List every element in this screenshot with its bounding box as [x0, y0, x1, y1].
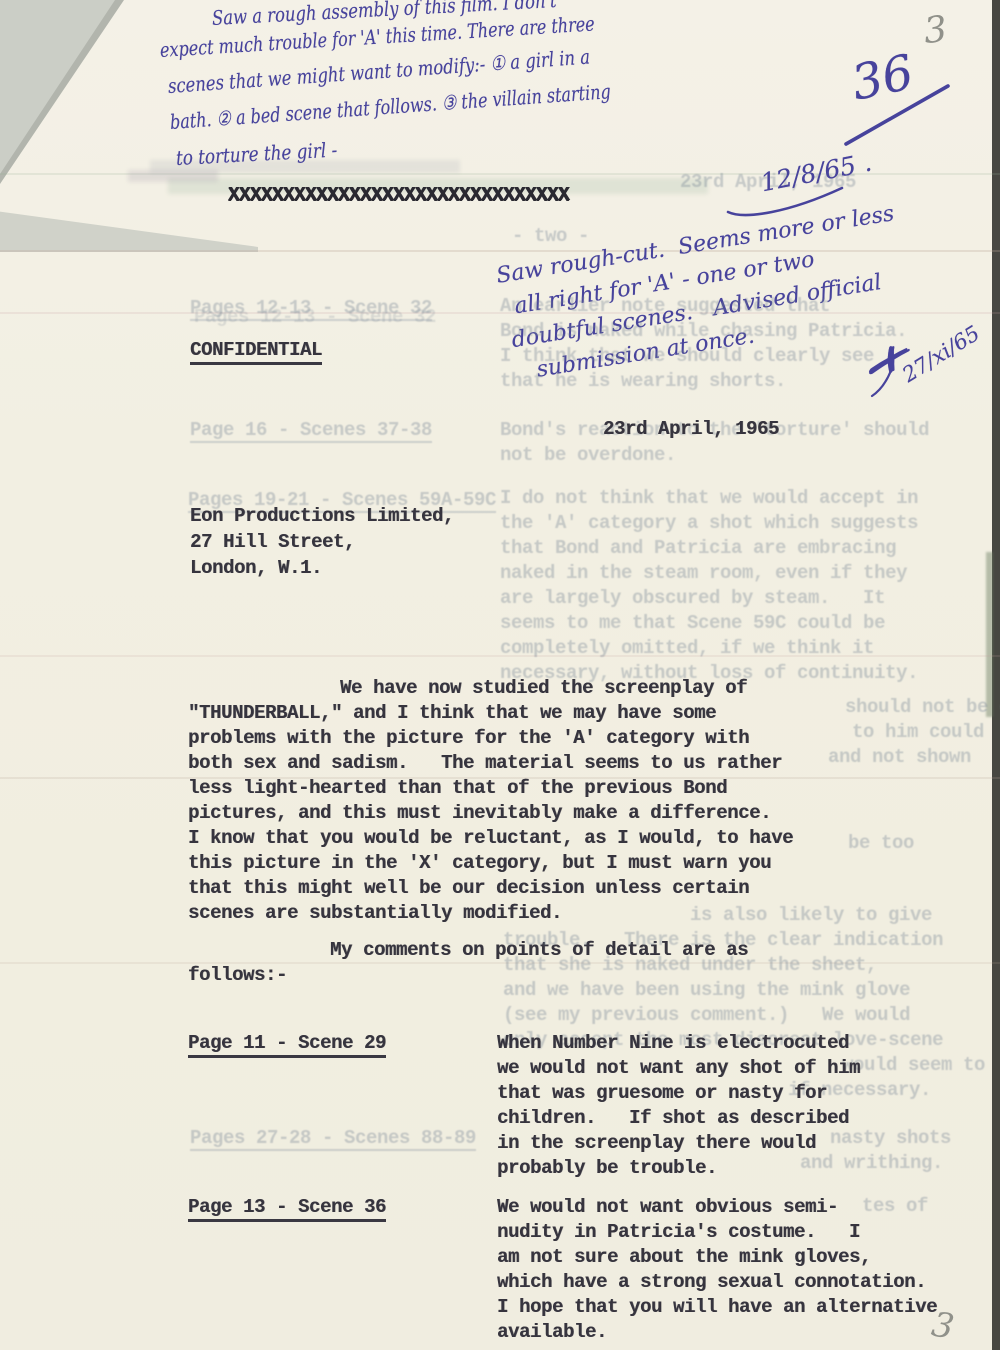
section-heading: Page 11 - Scene 29: [188, 1031, 386, 1056]
bleed-line: the 'A' category a shot which suggests: [500, 511, 918, 536]
bleed-line: trouble. There is the clear indication: [503, 928, 943, 953]
confidential-text: CONFIDENTIAL: [190, 339, 322, 365]
body-line: "THUNDERBALL," and I think that we may h…: [188, 701, 716, 726]
comments-intro-line: follows:-: [188, 963, 287, 988]
page-number-ink: 36: [847, 44, 918, 111]
bleed-heading-echo: Pages 12-13 - Scene 32: [194, 305, 436, 330]
bleed-line: I think that we should clearly see: [500, 344, 874, 369]
bleed-heading: Pages 27-28 - Scenes 88-89: [190, 1126, 476, 1151]
bleed-line: Bond is naked while chasing Patricia.: [500, 319, 907, 344]
bleed-line: are largely obscured by steam. It: [500, 586, 885, 611]
bleed-line: completely omitted, if we think it: [500, 636, 874, 661]
body-line: this picture in the 'X' category, but I …: [188, 851, 771, 876]
bleed-line: that she is naked under the sheet,: [503, 953, 877, 978]
bleed-heading-text: Page 16 - Scenes 37-38: [190, 419, 432, 443]
bleed-line: I do not think that we would accept in: [500, 486, 918, 511]
bleed-fragment: tes of: [862, 1194, 928, 1219]
section-body-line: I hope that you will have an alternative: [497, 1295, 937, 1320]
bleed-line: naked in the steam room, even if they: [500, 561, 907, 586]
section-body-line: children. If shot as described: [497, 1106, 849, 1131]
section-heading-text: Page 11 - Scene 29: [188, 1032, 386, 1058]
section-body-line: which have a strong sexual connotation.: [497, 1270, 926, 1295]
page-edge-wedge: [0, 210, 258, 252]
section-heading: Page 13 - Scene 36: [188, 1195, 386, 1220]
body-line: that this might well be our decision unl…: [188, 876, 749, 901]
bleed-line: (see my previous comment.) We would: [503, 1003, 910, 1028]
fold-corner: [0, 0, 115, 174]
body-line: both sex and sadism. The material seems …: [188, 751, 782, 776]
bleed-line: is also likely to give: [690, 903, 932, 928]
section-body-line: We would not want obvious semi-: [497, 1195, 838, 1220]
bleed-fragment: should not be overdone;: [845, 695, 1000, 720]
section-body-line: in the screenplay there would: [497, 1131, 816, 1156]
bleed-line: that he is wearing shorts.: [500, 369, 786, 394]
bleed-line: and we have been using the mink glove: [503, 978, 910, 1003]
body-line: problems with the picture for the 'A' ca…: [188, 726, 749, 751]
bleed-fragment: and writhing.: [800, 1151, 943, 1176]
section-body-line: nudity in Patricia's costume. I: [497, 1220, 860, 1245]
bleed-line: seems to me that Scene 59C could be: [500, 611, 885, 636]
section-body-line: When Number Nine is electrocuted: [497, 1031, 849, 1056]
body-line: scenes are substantially modified.: [188, 901, 562, 926]
section-heading-text: Page 13 - Scene 36: [188, 1196, 386, 1222]
body-line: less light-hearted than that of the prev…: [188, 776, 727, 801]
redaction-xxxx-row: XXXXXXXXXXXXXXXXXXXXXXXXXXXXXXX: [228, 183, 569, 208]
bleed-line: not be overdone.: [500, 443, 676, 468]
bleed-page-marker: - two -: [512, 224, 589, 249]
bleed-fragment: and not shown: [828, 745, 971, 770]
body-line: pictures, and this must inevitably make …: [188, 801, 771, 826]
address-line: 27 Hill Street,: [190, 530, 355, 555]
address-line: London, W.1.: [190, 556, 322, 581]
bleed-fragment: would seem to: [842, 1053, 985, 1078]
section-body-line: probably be trouble.: [497, 1156, 717, 1181]
bleed-line: An earlier note suggested that: [500, 294, 830, 319]
body-line: We have now studied the screenplay of: [340, 676, 747, 701]
body-line: I know that you would be reluctant, as I…: [188, 826, 793, 851]
section-body-line: available.: [497, 1320, 607, 1345]
scanned-letter-page: Saw a rough assembly of this film. I don…: [0, 0, 1000, 1350]
handwritten-mid-note-date: 27/xi/65: [898, 321, 984, 387]
section-body-line: we would not want any shot of him: [497, 1056, 860, 1081]
bleed-heading-text: Pages 27-28 - Scenes 88-89: [190, 1127, 476, 1151]
bleed-fragment: be too: [848, 831, 914, 856]
pencil-mark-top: 3: [922, 9, 949, 52]
section-body-line: am not sure about the mink gloves,: [497, 1245, 871, 1270]
address-line: Eon Productions Limited,: [190, 504, 454, 529]
confidential-heading: CONFIDENTIAL: [190, 338, 322, 363]
scanner-edge-sliver: [986, 552, 993, 717]
letter-date: 23rd April, 1965: [603, 417, 779, 442]
bleed-fragment: to him could: [852, 720, 984, 745]
section-body-line: that was gruesome or nasty for: [497, 1081, 827, 1106]
bleed-line: that Bond and Patricia are embracing: [500, 536, 896, 561]
bleed-heading: Page 16 - Scenes 37-38: [190, 418, 432, 443]
scanner-edge-strip: [992, 0, 1000, 1350]
bleed-fragment: nasty shots: [830, 1126, 951, 1151]
